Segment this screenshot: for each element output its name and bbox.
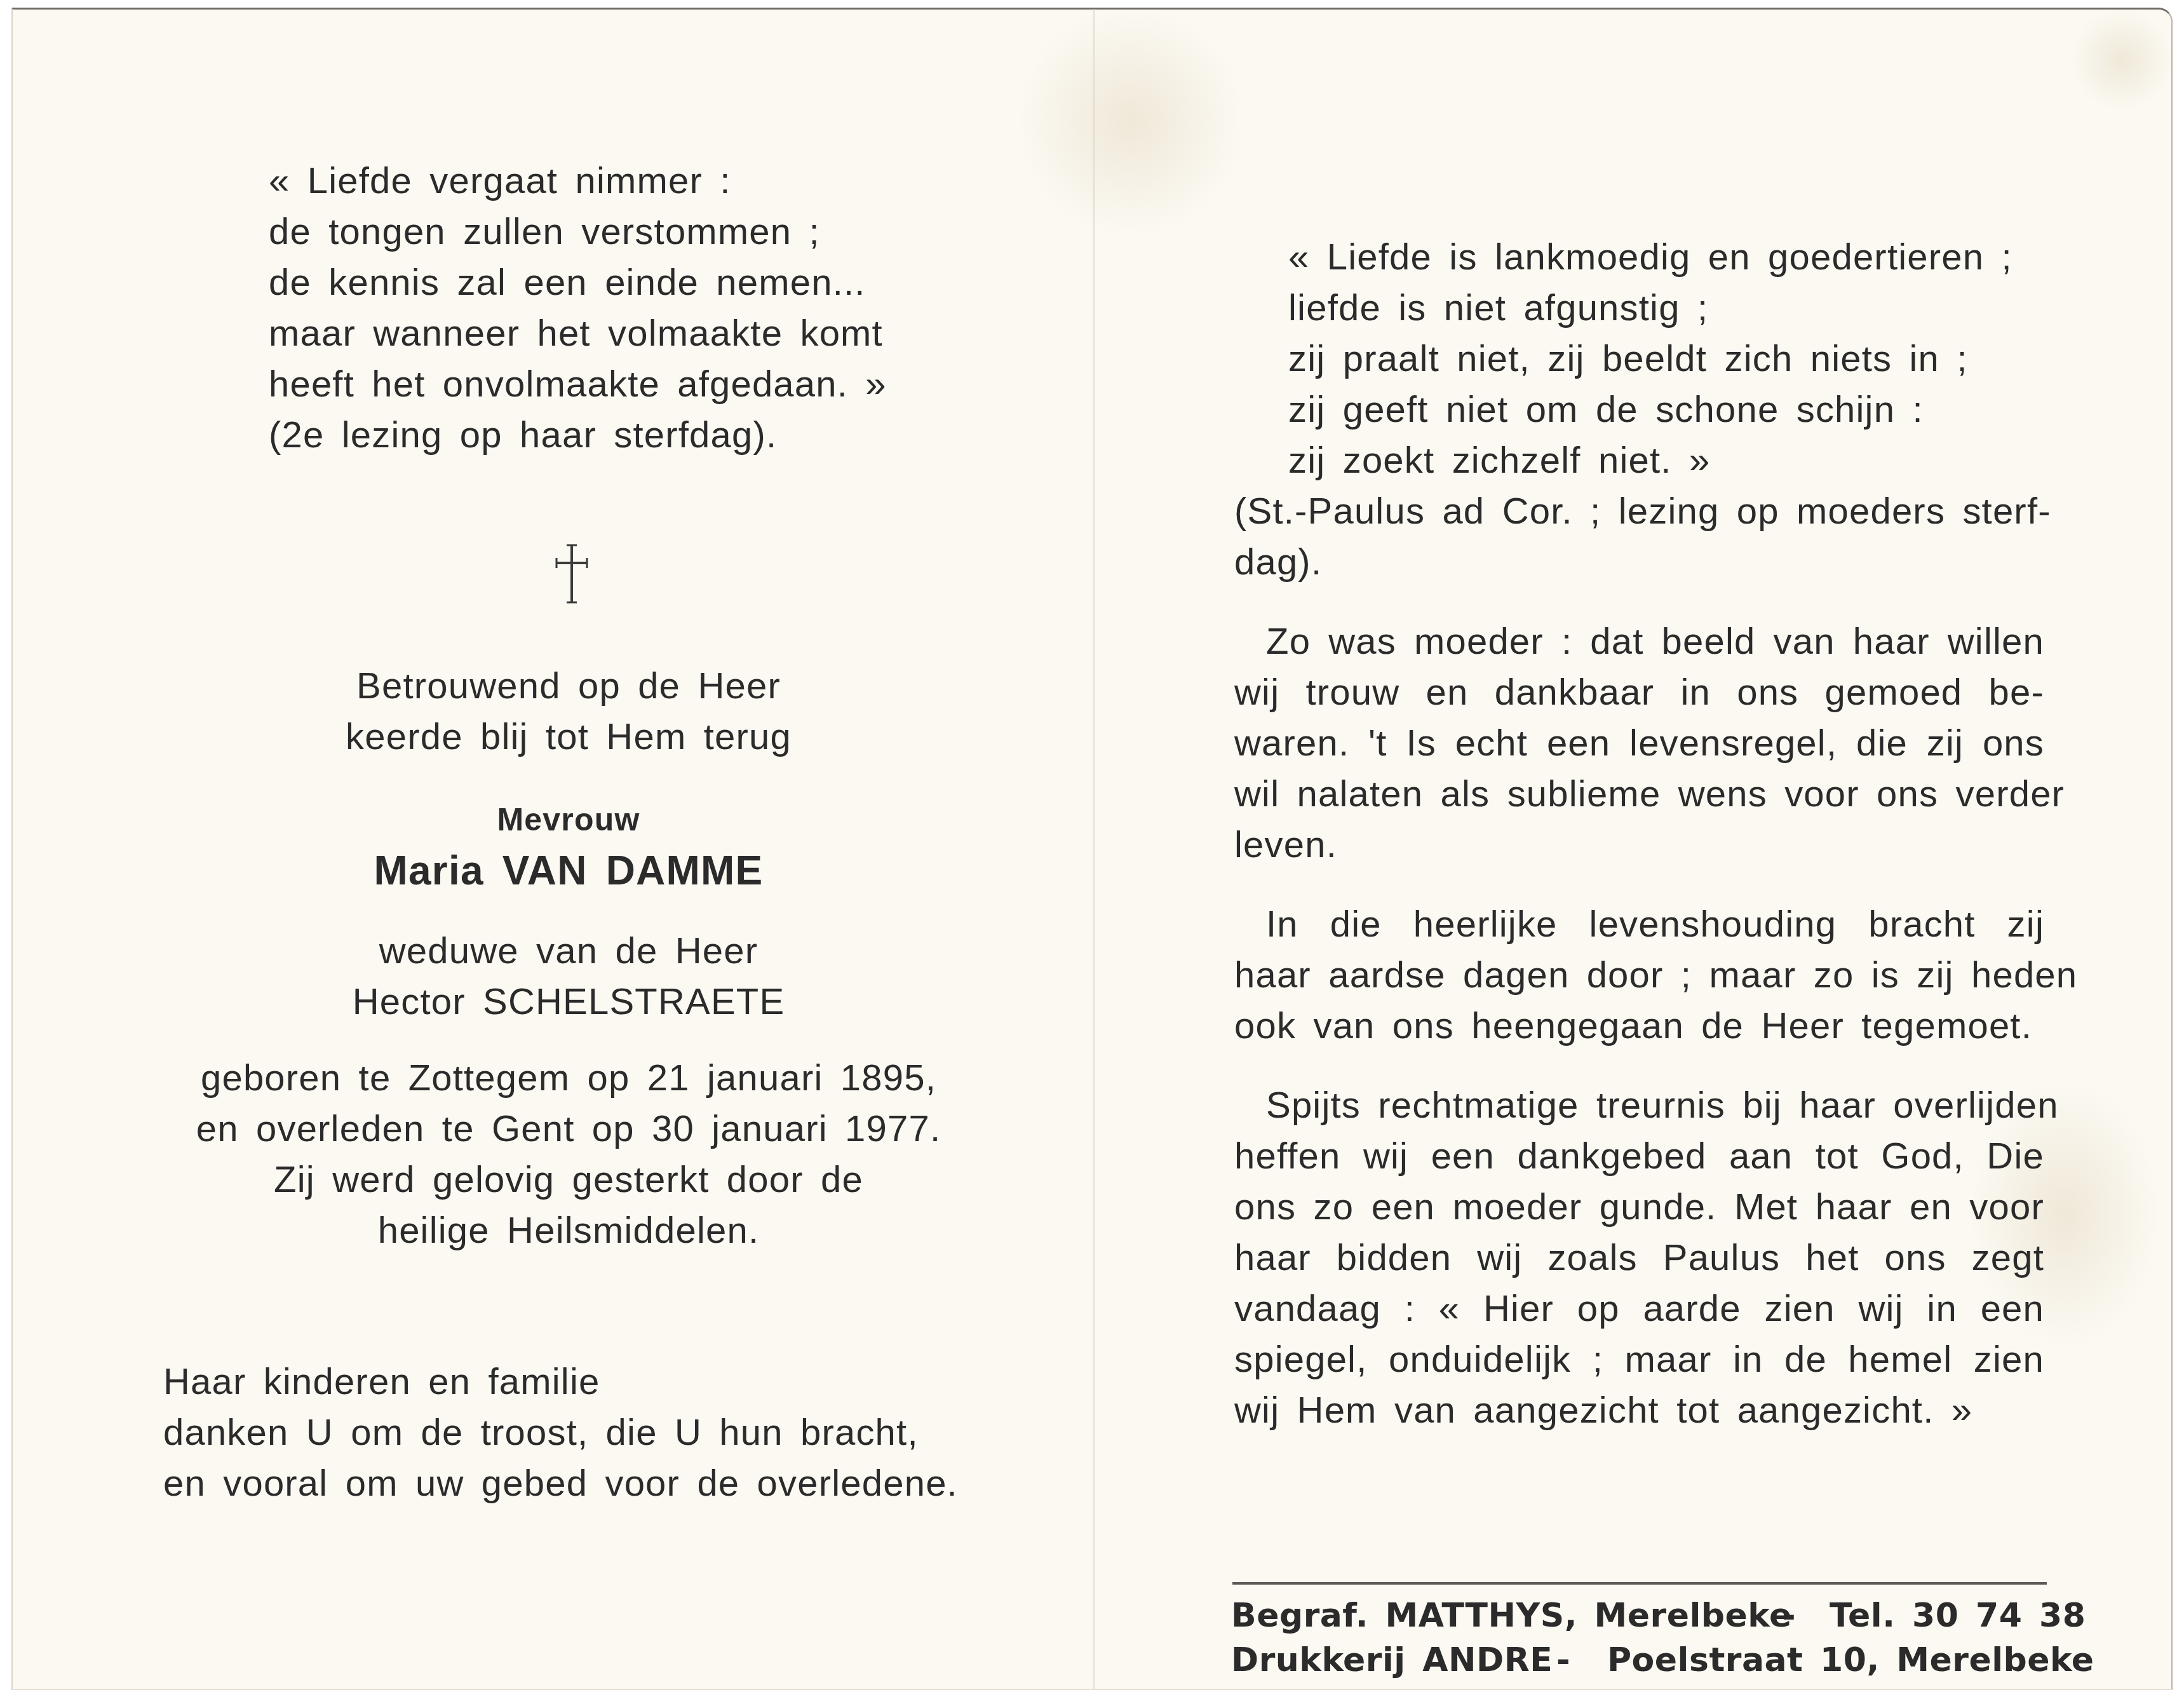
quote-line: zij zoekt zichzelf niet. » xyxy=(1288,438,1710,483)
paragraph-line: spiegel, onduidelijk ; maar in de hemel … xyxy=(1234,1337,2044,1382)
footer-separator: - xyxy=(1782,1594,1796,1638)
spouse-name: Hector SCHELSTRAETE xyxy=(191,980,947,1024)
thanks-line: en vooral om uw gebed voor de overledene… xyxy=(163,1461,958,1506)
paragraph-line: heffen wij een dankgebed aan tot God, Di… xyxy=(1234,1134,2044,1179)
printer-name: Drukkerij ANDRE xyxy=(1231,1638,1553,1682)
spouse-line: weduwe van de Heer xyxy=(191,929,947,973)
quote-line: liefde is niet afgunstig ; xyxy=(1288,286,1708,330)
paper-stain xyxy=(2071,9,2173,111)
paragraph-line: haar aardse dagen door ; maar zo is zij … xyxy=(1234,953,2044,998)
undertaker-name: Begraf. MATTHYS, Merelbeke xyxy=(1231,1594,1792,1638)
undertaker-phone: Tel. 30 74 38 xyxy=(1830,1594,2046,1638)
quote-line: de kennis zal een einde nemen... xyxy=(269,261,866,305)
honorific: Mevrouw xyxy=(191,797,947,842)
quote-line: « Liefde is lankmoedig en goedertieren ; xyxy=(1288,235,2012,280)
sacrament-line: Zij werd gelovig gesterkt door de xyxy=(191,1158,947,1202)
death-line: en overleden te Gent op 30 januari 1977. xyxy=(191,1107,947,1151)
announcement-line: keerde blij tot Hem terug xyxy=(191,715,947,759)
footer-separator: - xyxy=(1556,1638,1570,1682)
footer-divider xyxy=(1232,1582,2047,1585)
quote-source: (2e lezing op haar sterfdag). xyxy=(269,413,777,457)
quote-line: de tongen zullen verstommen ; xyxy=(269,210,820,254)
paragraph-line: vandaag : « Hier op aarde zien wij in ee… xyxy=(1234,1287,2044,1331)
quote-line: zij geeft niet om de schone schijn : xyxy=(1288,388,1924,432)
center-fold xyxy=(1093,9,1095,1689)
quote-line: « Liefde vergaat nimmer : xyxy=(269,159,731,203)
paragraph-line: Zo was moeder : dat beeld van haar wille… xyxy=(1266,619,2044,664)
paragraph-line: Spijts rechtmatige treurnis bij haar ove… xyxy=(1266,1083,2044,1128)
birth-line: geboren te Zottegem op 21 januari 1895, xyxy=(191,1056,947,1100)
printer-address: Poelstraat 10, Merelbeke xyxy=(1607,1638,2046,1682)
announcement-line: Betrouwend op de Heer xyxy=(191,664,947,708)
paragraph-line: waren. 't Is echt een levensregel, die z… xyxy=(1234,721,2044,766)
quote-line: maar wanneer het volmaakte komt xyxy=(269,311,883,356)
deceased-name: Maria VAN DAMME xyxy=(191,848,947,893)
thanks-line: danken U om de troost, die U hun bracht, xyxy=(163,1411,919,1455)
quote-line: heeft het onvolmaakte afgedaan. » xyxy=(269,362,887,407)
paragraph-line: ons zo een moeder gunde. Met haar en voo… xyxy=(1234,1185,2044,1229)
paragraph-line: wil nalaten als sublieme wens voor ons v… xyxy=(1234,772,2044,816)
paragraph-line: wij Hem van aangezicht tot aangezicht. » xyxy=(1234,1388,1972,1433)
paragraph-line: In die heerlijke levenshouding bracht zi… xyxy=(1266,902,2044,947)
paragraph-line: leven. xyxy=(1234,823,1337,867)
quote-source: dag). xyxy=(1234,540,1322,585)
quote-source: (St.-Paulus ad Cor. ; lezing op moeders … xyxy=(1234,489,2044,534)
paragraph-line: haar bidden wij zoals Paulus het ons zeg… xyxy=(1234,1236,2044,1280)
paragraph-line: wij trouw en dankbaar in ons gemoed be- xyxy=(1234,670,2044,715)
paper-stain xyxy=(1016,6,1245,235)
cross-icon xyxy=(553,541,591,605)
paragraph-line: ook van ons heengegaan de Heer tegemoet. xyxy=(1234,1004,2032,1048)
thanks-line: Haar kinderen en familie xyxy=(163,1360,600,1404)
sacrament-line: heilige Heilsmiddelen. xyxy=(191,1208,947,1253)
quote-line: zij praalt niet, zij beeldt zich niets i… xyxy=(1288,337,1968,381)
